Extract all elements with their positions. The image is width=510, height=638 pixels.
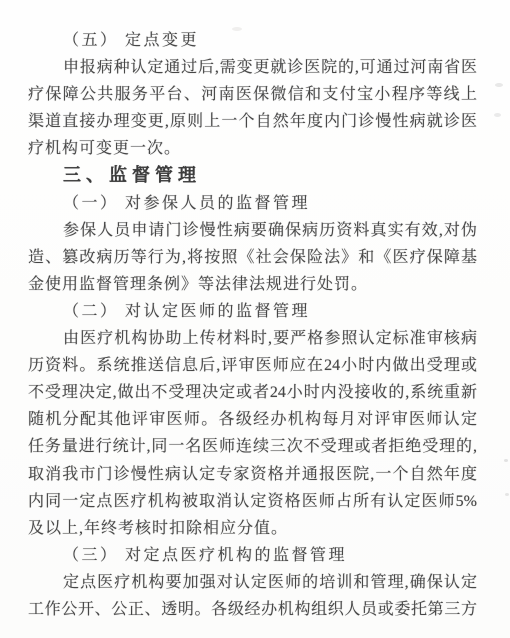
scan-artifact	[504, 459, 508, 462]
scanned-document-page: （五） 定点变更 申报病种认定通过后,需变更就诊医院的,可通过河南省医 疗保障公…	[0, 0, 510, 638]
paragraph-line: 取消我市门诊慢性病认定专家资格并通报医院,一个自然年度	[28, 461, 477, 488]
scan-artifact	[505, 493, 509, 496]
paragraph-line: 由医疗机构协助上传材料时,要严格参照认定标准审核病	[28, 325, 477, 352]
paragraph-line: 定点医疗机构要加强对认定医师的培训和管理,确保认定	[28, 569, 477, 596]
paragraph-line: 内同一定点医疗机构被取消认定资格医师占所有认定医师5%	[28, 488, 477, 515]
paragraph-line: 渠道直接办理变更,原则上一个自然年度内门诊慢性病就诊医	[28, 108, 477, 135]
paragraph-line: 及以上,年终考核时扣除相应分值。	[28, 515, 477, 542]
paragraph-line: 参保人员申请门诊慢性病要确保病历资料真实有效,对伪	[28, 217, 477, 244]
scan-artifact	[495, 83, 503, 87]
subsection-heading: （三） 对定点医疗机构的监督管理	[28, 542, 477, 569]
paragraph-line: 金使用监督管理条例》等法律法规进行处罚。	[28, 271, 477, 298]
paragraph-line: 随机分配其他评审医师。各级经办机构每月对评审医师认定	[28, 406, 477, 433]
paragraph-line: 申报病种认定通过后,需变更就诊医院的,可通过河南省医	[28, 54, 477, 81]
paragraph-line: 造、篡改病历等行为,将按照《社会保险法》和《医疗保障基	[28, 244, 477, 271]
scan-artifact	[232, 27, 242, 31]
subsection-heading: （二） 对认定医师的监督管理	[28, 298, 477, 325]
paragraph-line: 疗机构可变更一次。	[28, 135, 477, 162]
document-text-block: （五） 定点变更 申报病种认定通过后,需变更就诊医院的,可通过河南省医 疗保障公…	[28, 27, 477, 623]
paragraph-line: 疗保障公共服务平台、河南医保微信和支付宝小程序等线上	[28, 81, 477, 108]
paragraph-line: 历资料。系统推送信息后,评审医师应在24小时内做出受理或	[28, 352, 477, 379]
subsection-heading: （五） 定点变更	[28, 27, 477, 54]
subsection-heading: （一） 对参保人员的监督管理	[28, 190, 477, 217]
paragraph-line: 工作公开、公正、透明。各级经办机构组织人员或委托第三方	[28, 596, 477, 623]
scan-artifact	[494, 113, 501, 117]
section-heading: 三、监督管理	[28, 162, 477, 189]
paragraph-line: 任务量进行统计,同一名医师连续三次不受理或者拒绝受理的,	[28, 433, 477, 460]
paragraph-line: 不受理决定,做出不受理决定或者24小时内没接收的,系统重新	[28, 379, 477, 406]
